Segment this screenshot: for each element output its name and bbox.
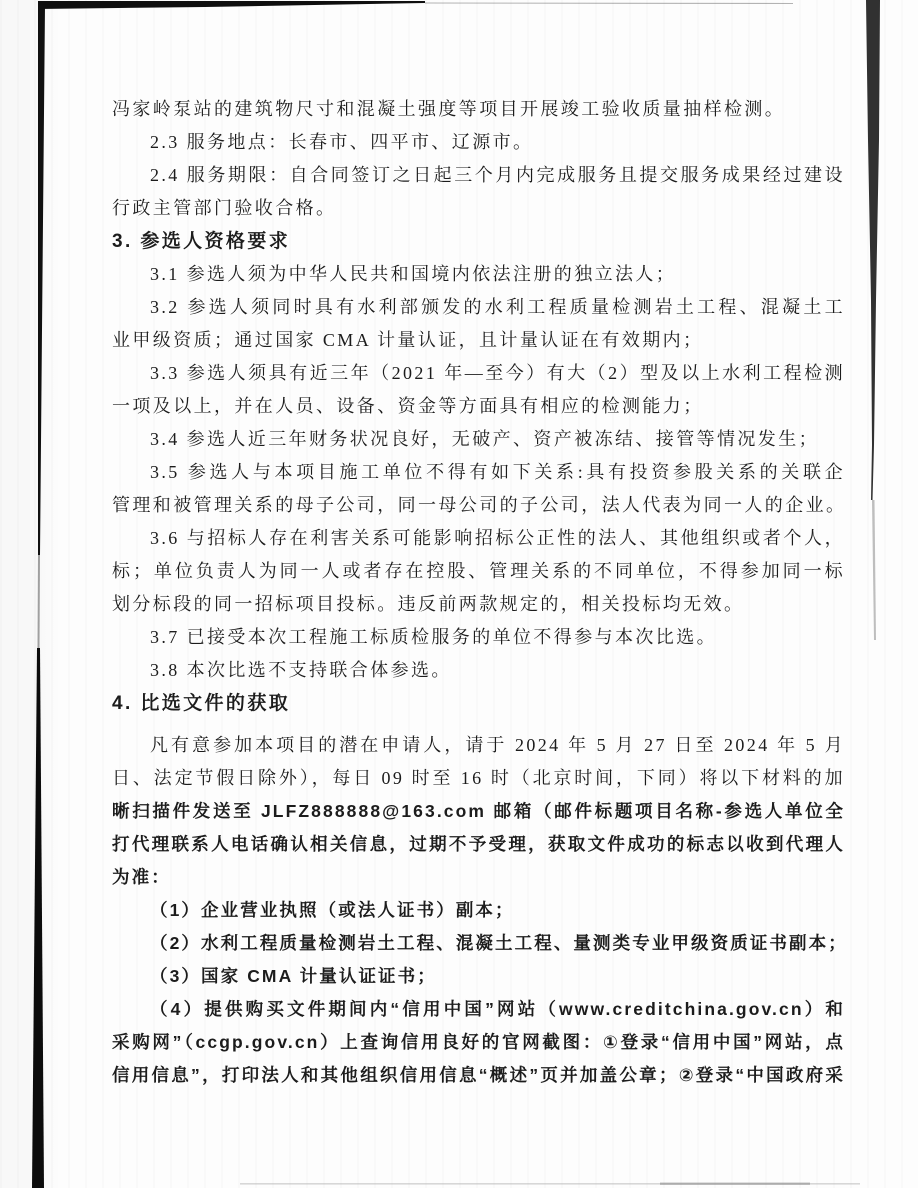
text-content: 冯家岭泵站的建筑物尺寸和混凝土强度等项目开展竣工验收质量抽样检测。2.3 服务地… bbox=[112, 93, 845, 1092]
section-heading: 3. 参选人资格要求 bbox=[112, 225, 845, 258]
text-line: （2）水利工程质量检测岩土工程、混凝土工程、量测类专业甲级资质证书副本； bbox=[112, 927, 845, 960]
bottom-shadow-dark-segment bbox=[660, 1183, 810, 1185]
text-line: 业甲级资质；通过国家 CMA 计量认证，且计量认证在有效期内； bbox=[112, 324, 845, 357]
text-line: 冯家岭泵站的建筑物尺寸和混凝土强度等项目开展竣工验收质量抽样检测。 bbox=[112, 93, 845, 126]
text-line: 晰扫描件发送至 JLFZ888888@163.com 邮箱（邮件标题项目名称-参… bbox=[112, 795, 845, 828]
text-line: 2.3 服务地点：长春市、四平市、辽源市。 bbox=[112, 126, 845, 159]
left-edge-upper-artifact bbox=[38, 5, 45, 555]
text-line: （4）提供购买文件期间内“信用中国”网站（www.creditchina.gov… bbox=[112, 993, 845, 1026]
text-line: 打代理联系人电话确认相关信息，过期不予受理，获取文件成功的标志以收到代理人比选文… bbox=[112, 828, 845, 861]
text-line: 3.7 已接受本次工程施工标质检服务的单位不得参与本次比选。 bbox=[112, 621, 845, 654]
section-heading: 4. 比选文件的获取 bbox=[112, 687, 845, 720]
left-edge-middle-artifact bbox=[38, 555, 41, 648]
text-line: 3.5 参选人与本项目施工单位不得有如下关系:具有投资参股关系的关联企业，具有直… bbox=[112, 456, 845, 489]
text-line: 一项及以上，并在人员、设备、资金等方面具有相应的检测能力； bbox=[112, 390, 845, 423]
text-line: 划分标段的同一招标项目投标。违反前两款规定的，相关投标均无效。 bbox=[112, 588, 845, 621]
bottom-shadow-line bbox=[240, 1183, 860, 1185]
text-line: 3.1 参选人须为中华人民共和国境内依法注册的独立法人； bbox=[112, 258, 845, 291]
text-line: 3.8 本次比选不支持联合体参选。 bbox=[112, 654, 845, 687]
text-line: 信用信息”，打印法人和其他组织信用信息“概述”页并加盖公章；②登录“中国政府采购… bbox=[112, 1059, 845, 1092]
text-line: 3.3 参选人须具有近三年（2021 年—至今）有大（2）型及以上水利工程检测出… bbox=[112, 357, 845, 390]
text-line: 凡有意参加本项目的潜在申请人，请于 2024 年 5 月 27 日至 2024 … bbox=[112, 729, 845, 762]
text-line: 2.4 服务期限：自合同签订之日起三个月内完成服务且提交服务成果经过建设单位及相… bbox=[112, 159, 845, 192]
text-line: 3.2 参选人须同时具有水利部颁发的水利工程质量检测岩土工程、混凝土工程、量测类… bbox=[112, 291, 845, 324]
text-line: 管理和被管理关系的母子公司，同一母公司的子公司，法人代表为同一人的企业。 bbox=[112, 489, 845, 522]
text-line: 行政主管部门验收合格。 bbox=[112, 192, 845, 225]
top-edge-artifact bbox=[38, 1, 425, 9]
scanned-document-page: { "page": { "type": "scanned-document", … bbox=[0, 0, 918, 1188]
text-line: 3.4 参选人近三年财务状况良好，无破产、资产被冻结、接管等情况发生； bbox=[112, 423, 845, 456]
right-edge-fade-artifact bbox=[872, 500, 876, 640]
text-line: （3）国家 CMA 计量认证证书； bbox=[112, 960, 845, 993]
text-line: 为准： bbox=[112, 861, 845, 894]
text-line: （1）企业营业执照（或法人证书）副本； bbox=[112, 894, 845, 927]
text-line: 采购网”（ccgp.gov.cn）上查询信用良好的官网截图：①登录“信用中国”网… bbox=[112, 1026, 845, 1059]
text-line: 3.6 与招标人存在利害关系可能影响招标公正性的法人、其他组织或者个人，不得参加… bbox=[112, 522, 845, 555]
right-edge-artifact bbox=[866, 0, 880, 500]
top-edge-faint-line bbox=[425, 3, 793, 4]
text-line: 标；单位负责人为同一人或者存在控股、管理关系的不同单位，不得参加同一标段投标或者… bbox=[112, 555, 845, 588]
left-edge-lower-artifact bbox=[32, 648, 44, 1188]
text-line: 日、法定节假日除外），每日 09 时至 16 时（北京时间，下同）将以下材料的加… bbox=[112, 762, 845, 795]
